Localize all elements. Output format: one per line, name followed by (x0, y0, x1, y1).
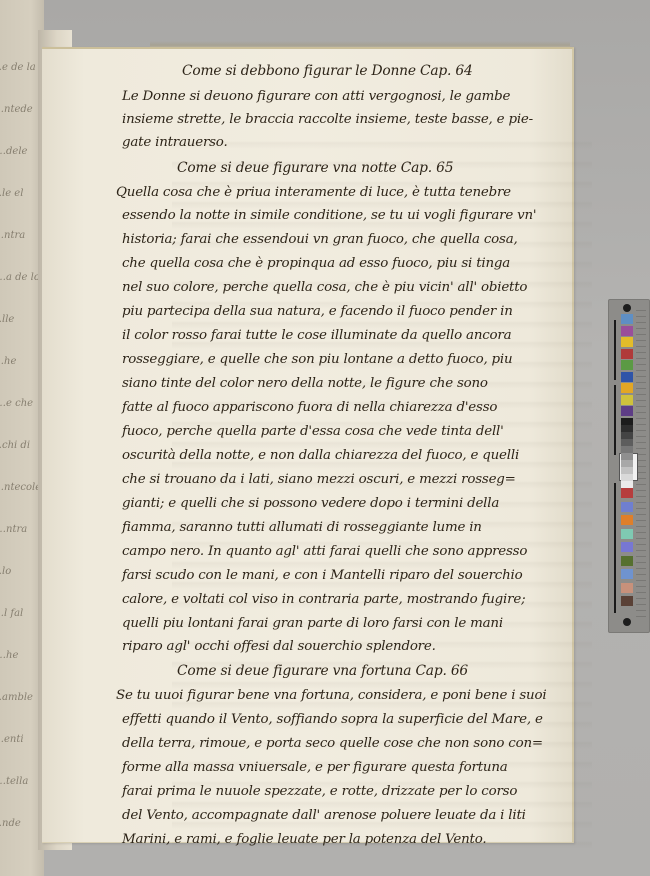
text-line: nel suo colore, perche quella cosa, che … (122, 280, 527, 295)
calibration-swatch (621, 569, 633, 579)
text-line: historia; farai che essendoui vn gran fu… (122, 232, 518, 247)
facing-page-text-fragment: …chi di (0, 440, 30, 451)
facing-page-text-fragment: …e che (0, 398, 33, 409)
facing-page-text-fragment: …enti (0, 734, 24, 745)
manuscript-page: Come si debbono figurar le Donne Cap. 64… (42, 47, 574, 843)
facing-page-text-fragment: …l fal (0, 608, 23, 619)
calibration-swatch (621, 395, 633, 405)
calibration-swatch (621, 314, 633, 324)
chapter-heading-64: Come si debbono figurar le Donne Cap. 64 (182, 63, 473, 79)
color-calibration-strip (608, 299, 650, 633)
text-line: piu partecipa della sua natura, e facend… (122, 304, 513, 319)
text-line: Marini, e rami, e foglie leuate per la p… (122, 832, 486, 847)
chapter-heading-66: Come si deue figurare vna fortuna Cap. 6… (177, 663, 468, 679)
calibration-swatch (621, 529, 633, 539)
text-line: siano tinte del color nero della notte, … (122, 376, 488, 391)
facing-page-text-fragment: …ntra (0, 524, 27, 535)
text-line: farai prima le nuuole spezzate, e rotte,… (122, 784, 517, 799)
strip-hole-bottom (623, 618, 631, 626)
facing-page-text-fragment: …lo (0, 566, 11, 577)
calibration-swatch (621, 488, 633, 498)
calibration-swatch (621, 337, 633, 347)
text-line: oscurità della notte, e non dalla chiare… (122, 448, 519, 463)
text-line: Le Donne si deuono figurare con atti ver… (122, 89, 510, 104)
calibration-swatch (621, 406, 633, 416)
text-line: calore, e voltati col viso in contraria … (122, 592, 525, 607)
text-line: quelli piu lontani farai gran parte di l… (122, 616, 503, 631)
facing-page-text-fragment: …tella (0, 776, 28, 787)
facing-page-text-fragment: …e de la (0, 62, 36, 73)
facing-page-text-fragment: …amble (0, 692, 33, 703)
calibration-swatch (621, 360, 633, 370)
calibration-swatch (621, 515, 633, 525)
text-line: essendo la notte in simile conditione, s… (122, 208, 536, 223)
calibration-swatch (621, 383, 633, 393)
text-line: fuoco, perche quella parte d'essa cosa c… (122, 424, 504, 439)
calibration-swatch (621, 556, 633, 566)
facing-page-text-fragment: …ntra (0, 230, 25, 241)
text-line: il color rosso farai tutte le cose illum… (122, 328, 511, 343)
text-line: della terra, rimoue, e porta seco quelle… (122, 736, 543, 751)
text-line: che si trouano da i lati, siano mezzi os… (122, 472, 516, 487)
calibration-swatch (621, 542, 633, 552)
calibration-swatch (621, 583, 633, 593)
text-line: fatte al fuoco appariscono fuora di nell… (122, 400, 497, 415)
chapter-heading-65: Come si deue figurare vna notte Cap. 65 (177, 160, 453, 176)
text-line: fiamma, saranno tutti allumati di rosseg… (122, 520, 482, 535)
text-line: riparo agl' occhi offesi dal souerchio s… (122, 639, 436, 654)
strip-rule (614, 385, 616, 455)
text-line: gianti; e quelli che si possono vedere d… (122, 496, 499, 511)
facing-page-text-fragment: …nde (0, 818, 21, 829)
text-line: Quella cosa che è priua interamente di l… (116, 185, 511, 200)
text-line: rosseggiare, e quelle che son piu lontan… (122, 352, 512, 367)
calibration-swatch (621, 372, 633, 382)
strip-rule (614, 320, 616, 380)
facing-page-text-fragment: …a de lo (0, 272, 40, 283)
facing-page-text-fragment: …ntede (0, 104, 33, 115)
facing-page-text-fragment: …he (0, 356, 16, 367)
text-line: effetti quando il Vento, soffiando sopra… (122, 712, 543, 727)
strip-rule (614, 483, 616, 613)
text-line: forme alla massa vniuersale, e per figur… (122, 760, 508, 775)
facing-page-text-fragment: …he (0, 650, 18, 661)
text-line: Se tu uuoi figurar bene vna fortuna, con… (116, 688, 546, 703)
text-line: farsi scudo con le mani, e con i Mantell… (122, 568, 522, 583)
calibration-swatch (621, 502, 633, 512)
text-line: gate intrauerso. (122, 135, 228, 150)
text-line: del Vento, accompagnate dall' arenose po… (122, 808, 526, 823)
text-line: campo nero. In quanto agl' atti farai qu… (122, 544, 527, 559)
text-line: che quella cosa che è propinqua ad esso … (122, 256, 510, 271)
calibration-swatch (621, 326, 633, 336)
strip-hole-top (623, 304, 631, 312)
facing-page-text-fragment: …dele (0, 146, 27, 157)
facing-page-text-fragment: …lle (0, 314, 14, 325)
calibration-swatch (621, 349, 633, 359)
facing-page-text-fragment: …le el (0, 188, 23, 199)
calibration-swatch (621, 596, 633, 606)
facing-page-text-fragment: …ntecole (0, 482, 41, 493)
text-line: insieme strette, le braccia raccolte ins… (122, 112, 533, 127)
